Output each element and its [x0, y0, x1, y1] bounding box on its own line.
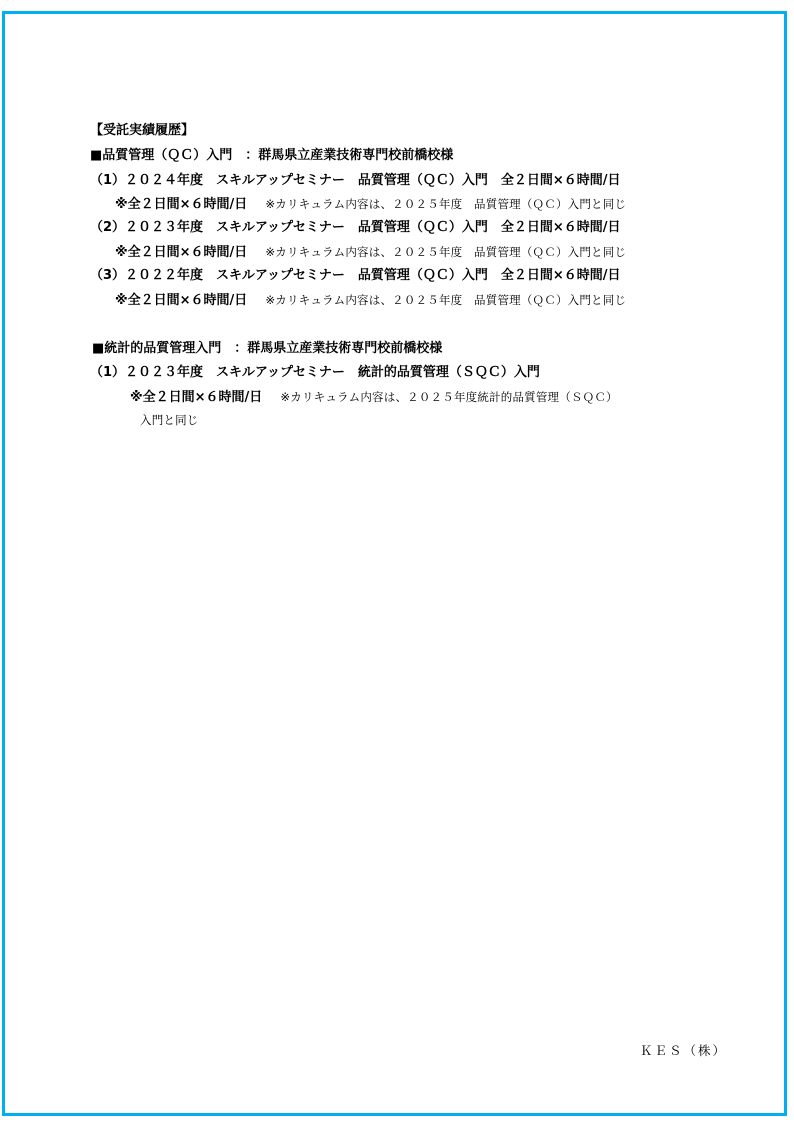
entry-note: ※全２日間×６時間/日 ※カリキュラム内容は、２０２５年度統計的品質管理（ＳＱＣ…	[130, 389, 618, 406]
note-lead: ※全２日間×６時間/日	[115, 293, 247, 308]
entry-note: ※全２日間×６時間/日 ※カリキュラム内容は、２０２５年度 品質管理（ＱＣ）入門…	[115, 244, 626, 261]
note-body: ※カリキュラム内容は、２０２５年度 品質管理（ＱＣ）入門と同じ	[265, 197, 626, 211]
entry-title: （1）２０２３年度 スキルアップセミナー 統計的品質管理（ＳＱＣ）入門	[90, 365, 540, 381]
entry-note-continuation: 入門と同じ	[140, 412, 199, 428]
entry-title: （1）２０２４年度 スキルアップセミナー 品質管理（ＱＣ）入門 全２日間×６時間…	[90, 173, 621, 189]
entry-title: （3）２０２２年度 スキルアップセミナー 品質管理（ＱＣ）入門 全２日間×６時間…	[90, 268, 621, 284]
note-body: ※カリキュラム内容は、２０２５年度統計的品質管理（ＳＱＣ）	[280, 390, 617, 404]
company-footer: ＫＥＳ（株）	[640, 1041, 727, 1059]
note-body: ※カリキュラム内容は、２０２５年度 品質管理（ＱＣ）入門と同じ	[265, 293, 626, 307]
entry-note: ※全２日間×６時間/日 ※カリキュラム内容は、２０２５年度 品質管理（ＱＣ）入門…	[115, 196, 626, 213]
note-body: ※カリキュラム内容は、２０２５年度 品質管理（ＱＣ）入門と同じ	[265, 245, 626, 259]
entry-note: ※全２日間×６時間/日 ※カリキュラム内容は、２０２５年度 品質管理（ＱＣ）入門…	[115, 292, 626, 309]
entry-title: （2）２０２３年度 スキルアップセミナー 品質管理（ＱＣ）入門 全２日間×６時間…	[90, 220, 621, 236]
note-lead: ※全２日間×６時間/日	[115, 197, 247, 212]
group-heading-sqc: ■統計的品質管理入門 ：群馬県立産業技術専門校前橋校様	[92, 341, 442, 357]
note-lead: ※全２日間×６時間/日	[130, 390, 262, 405]
section-title: 【受託実績履歴】	[90, 123, 194, 139]
group-heading-qc: ■品質管理（ＱＣ）入門 ：群馬県立産業技術専門校前橋校様	[90, 148, 453, 164]
note-lead: ※全２日間×６時間/日	[115, 245, 247, 260]
